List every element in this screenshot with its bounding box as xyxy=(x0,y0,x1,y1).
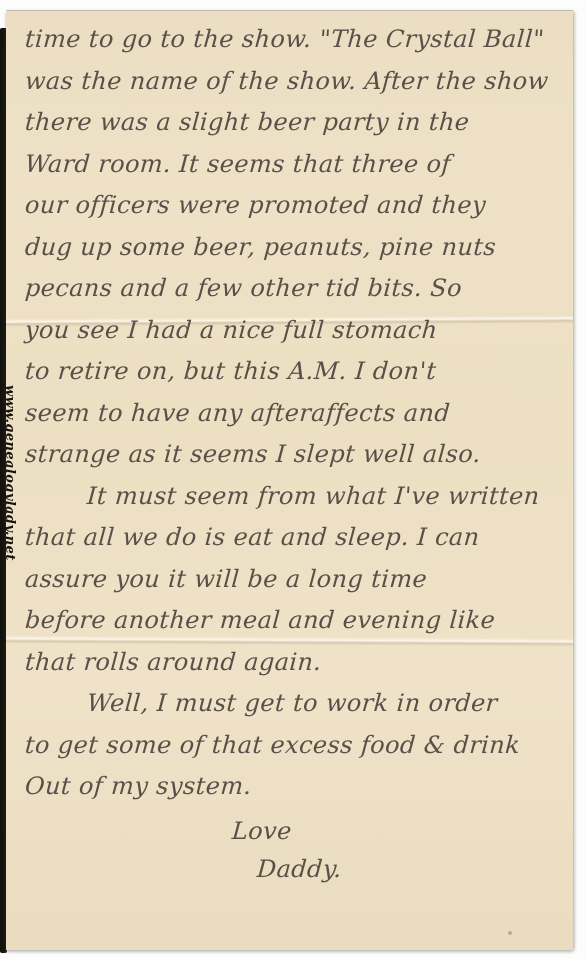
handwritten-line: seem to have any afteraffects and xyxy=(24,393,567,435)
letter-lines: time to go to the show. "The Crystal Bal… xyxy=(25,19,565,808)
handwritten-line: to get some of that excess food & drink xyxy=(24,725,567,767)
handwritten-line: before another meal and evening like xyxy=(24,600,567,642)
handwritten-line: strange as it seems I slept well also. xyxy=(24,434,567,476)
letter-paper: time to go to the show. "The Crystal Bal… xyxy=(6,11,573,950)
letter-body: time to go to the show. "The Crystal Bal… xyxy=(25,19,565,886)
handwritten-line: Ward room. It seems that three of xyxy=(24,144,567,186)
handwritten-line: to retire on, but this A.M. I don't xyxy=(24,351,567,393)
handwritten-line: It must seem from what I've written xyxy=(24,476,567,518)
handwritten-line: assure you it will be a long time xyxy=(24,559,567,601)
letter-closing: Love xyxy=(24,810,567,852)
handwritten-line: our officers were promoted and they xyxy=(24,185,567,227)
handwritten-line: Well, I must get to work in order xyxy=(24,683,567,725)
handwritten-line: Out of my system. xyxy=(24,766,567,808)
handwritten-line: time to go to the show. "The Crystal Bal… xyxy=(24,19,567,61)
handwritten-line: there was a slight beer party in the xyxy=(24,102,567,144)
handwritten-line: dug up some beer, peanuts, pine nuts xyxy=(24,227,567,269)
handwritten-line: pecans and a few other tid bits. So xyxy=(24,268,567,310)
handwritten-line: you see I had a nice full stomach xyxy=(24,310,567,352)
handwritten-line: was the name of the show. After the show xyxy=(24,61,567,103)
handwritten-line: that rolls around again. xyxy=(24,642,567,684)
watermark-text: www.genealogylady.net xyxy=(2,385,17,561)
paper-specks xyxy=(6,11,8,13)
handwritten-line: that all we do is eat and sleep. I can xyxy=(24,517,567,559)
scanned-letter-page: time to go to the show. "The Crystal Bal… xyxy=(0,0,586,959)
letter-signature: Daddy. xyxy=(24,852,566,886)
